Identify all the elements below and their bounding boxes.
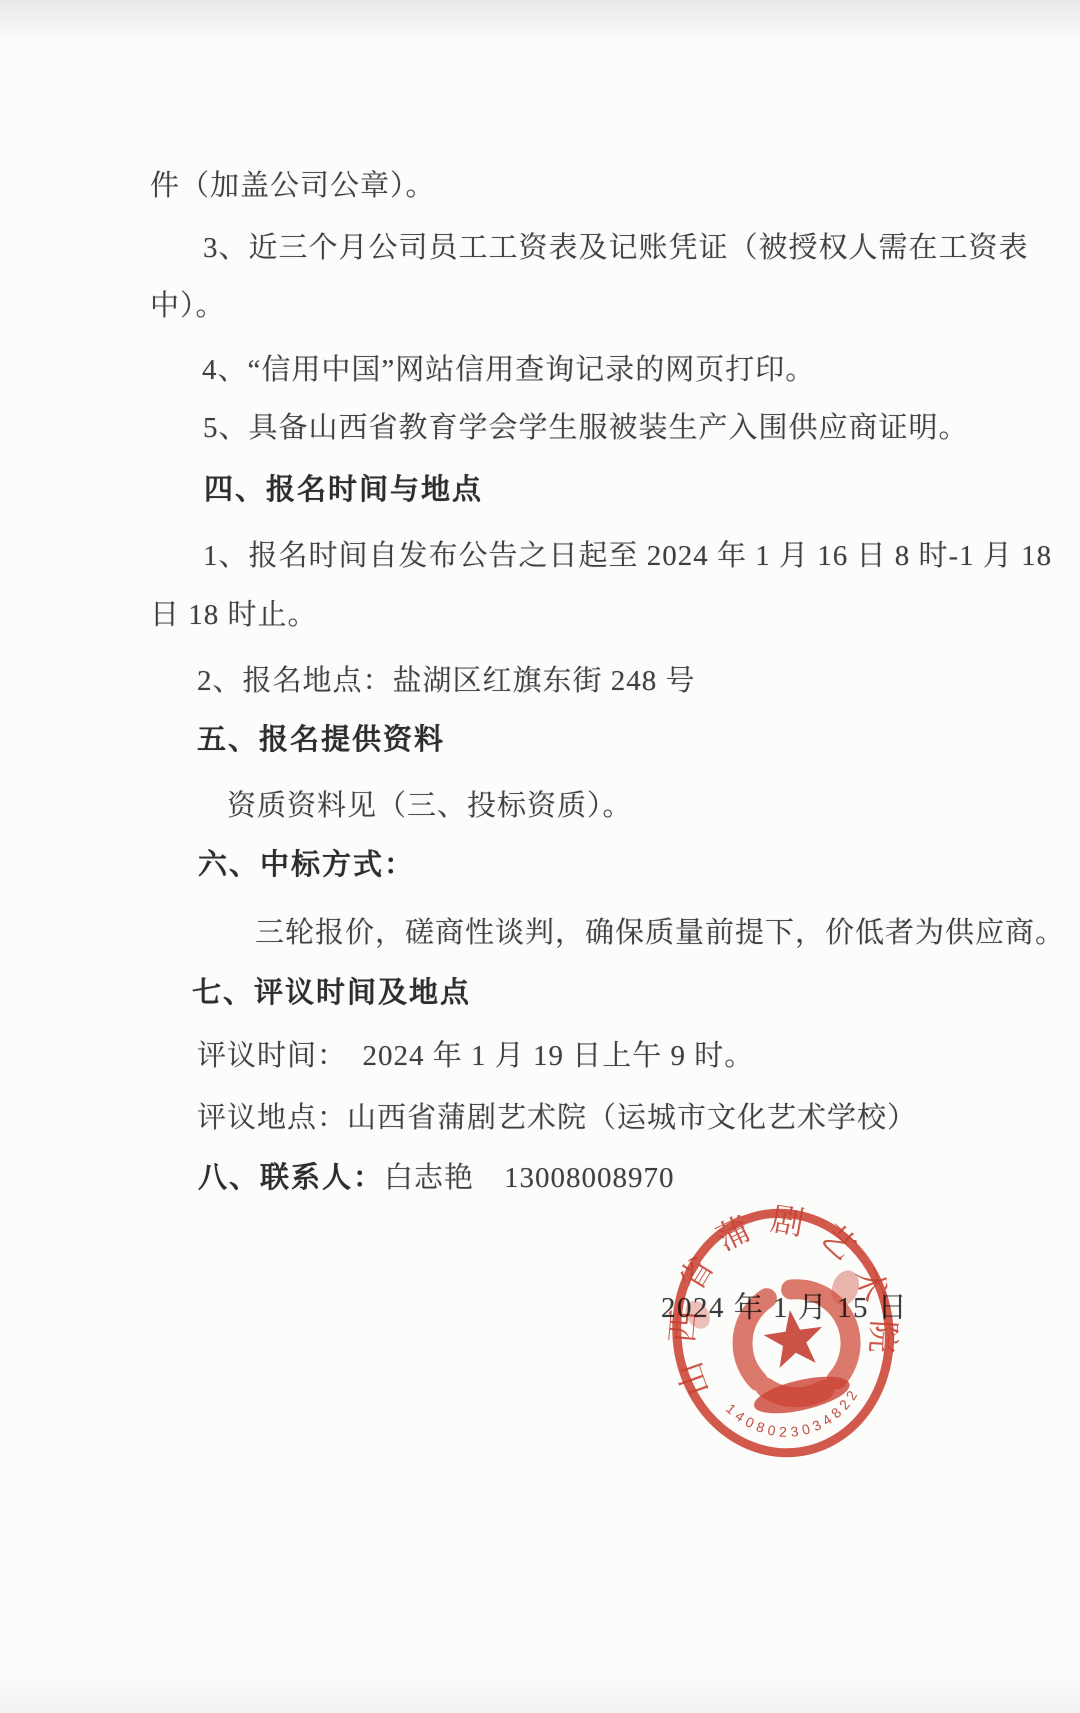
contact-line: 八、联系人：白志艳 13008008970 bbox=[198, 1155, 675, 1196]
contact-value: 白志艳 13008008970 bbox=[384, 1162, 675, 1194]
section-heading-7: 七、评议时间及地点 bbox=[192, 970, 471, 1011]
section-heading-6: 六、中标方式： bbox=[198, 842, 415, 883]
section-heading-5: 五、报名提供资料 bbox=[197, 717, 445, 758]
seal-ring-text: 山西省蒲剧艺术院 bbox=[665, 1205, 901, 1402]
list-item-2: 2、报名地点：盐湖区红旗东街 248 号 bbox=[197, 658, 696, 699]
scan-bottom-shadow bbox=[0, 1677, 1080, 1713]
list-item-4: 4、“信用中国”网站信用查询记录的网页打印。 bbox=[202, 347, 815, 388]
scan-top-shadow bbox=[0, 0, 1080, 42]
official-seal: 山西省蒲剧艺术院 1408023034822 bbox=[665, 1205, 901, 1465]
body-line-indented: 三轮报价，磋商性谈判，确保质量前提下，价低者为供应商。 bbox=[255, 910, 1065, 951]
body-line-indented: 资质资料见（三、投标资质）。 bbox=[227, 783, 633, 824]
list-item-1: 1、报名时间自发布公告之日起至 2024 年 1 月 16 日 8 时-1 月 … bbox=[203, 533, 1052, 574]
list-item-5: 5、具备山西省教育学会学生服被装生产入围供应商证明。 bbox=[203, 405, 969, 446]
section-heading-4: 四、报名时间与地点 bbox=[204, 467, 483, 508]
body-line-continuation: 中）。 bbox=[150, 283, 226, 324]
review-time-line: 评议时间： 2024 年 1 月 19 日上午 9 时。 bbox=[197, 1033, 754, 1074]
list-item-3: 3、近三个月公司员工工资表及记账凭证（被授权人需在工资表 bbox=[203, 225, 1029, 266]
body-line-continuation: 日 18 时止。 bbox=[150, 592, 318, 633]
seal-star-icon bbox=[761, 1306, 827, 1370]
contact-label: 八、联系人： bbox=[198, 1162, 384, 1194]
review-place-line: 评议地点：山西省蒲剧艺术院（运城市文化艺术学校） bbox=[197, 1095, 917, 1136]
svg-text:山西省蒲剧艺术院: 山西省蒲剧艺术院 bbox=[665, 1205, 901, 1402]
body-line-continuation: 件（加盖公司公章）。 bbox=[150, 163, 436, 204]
